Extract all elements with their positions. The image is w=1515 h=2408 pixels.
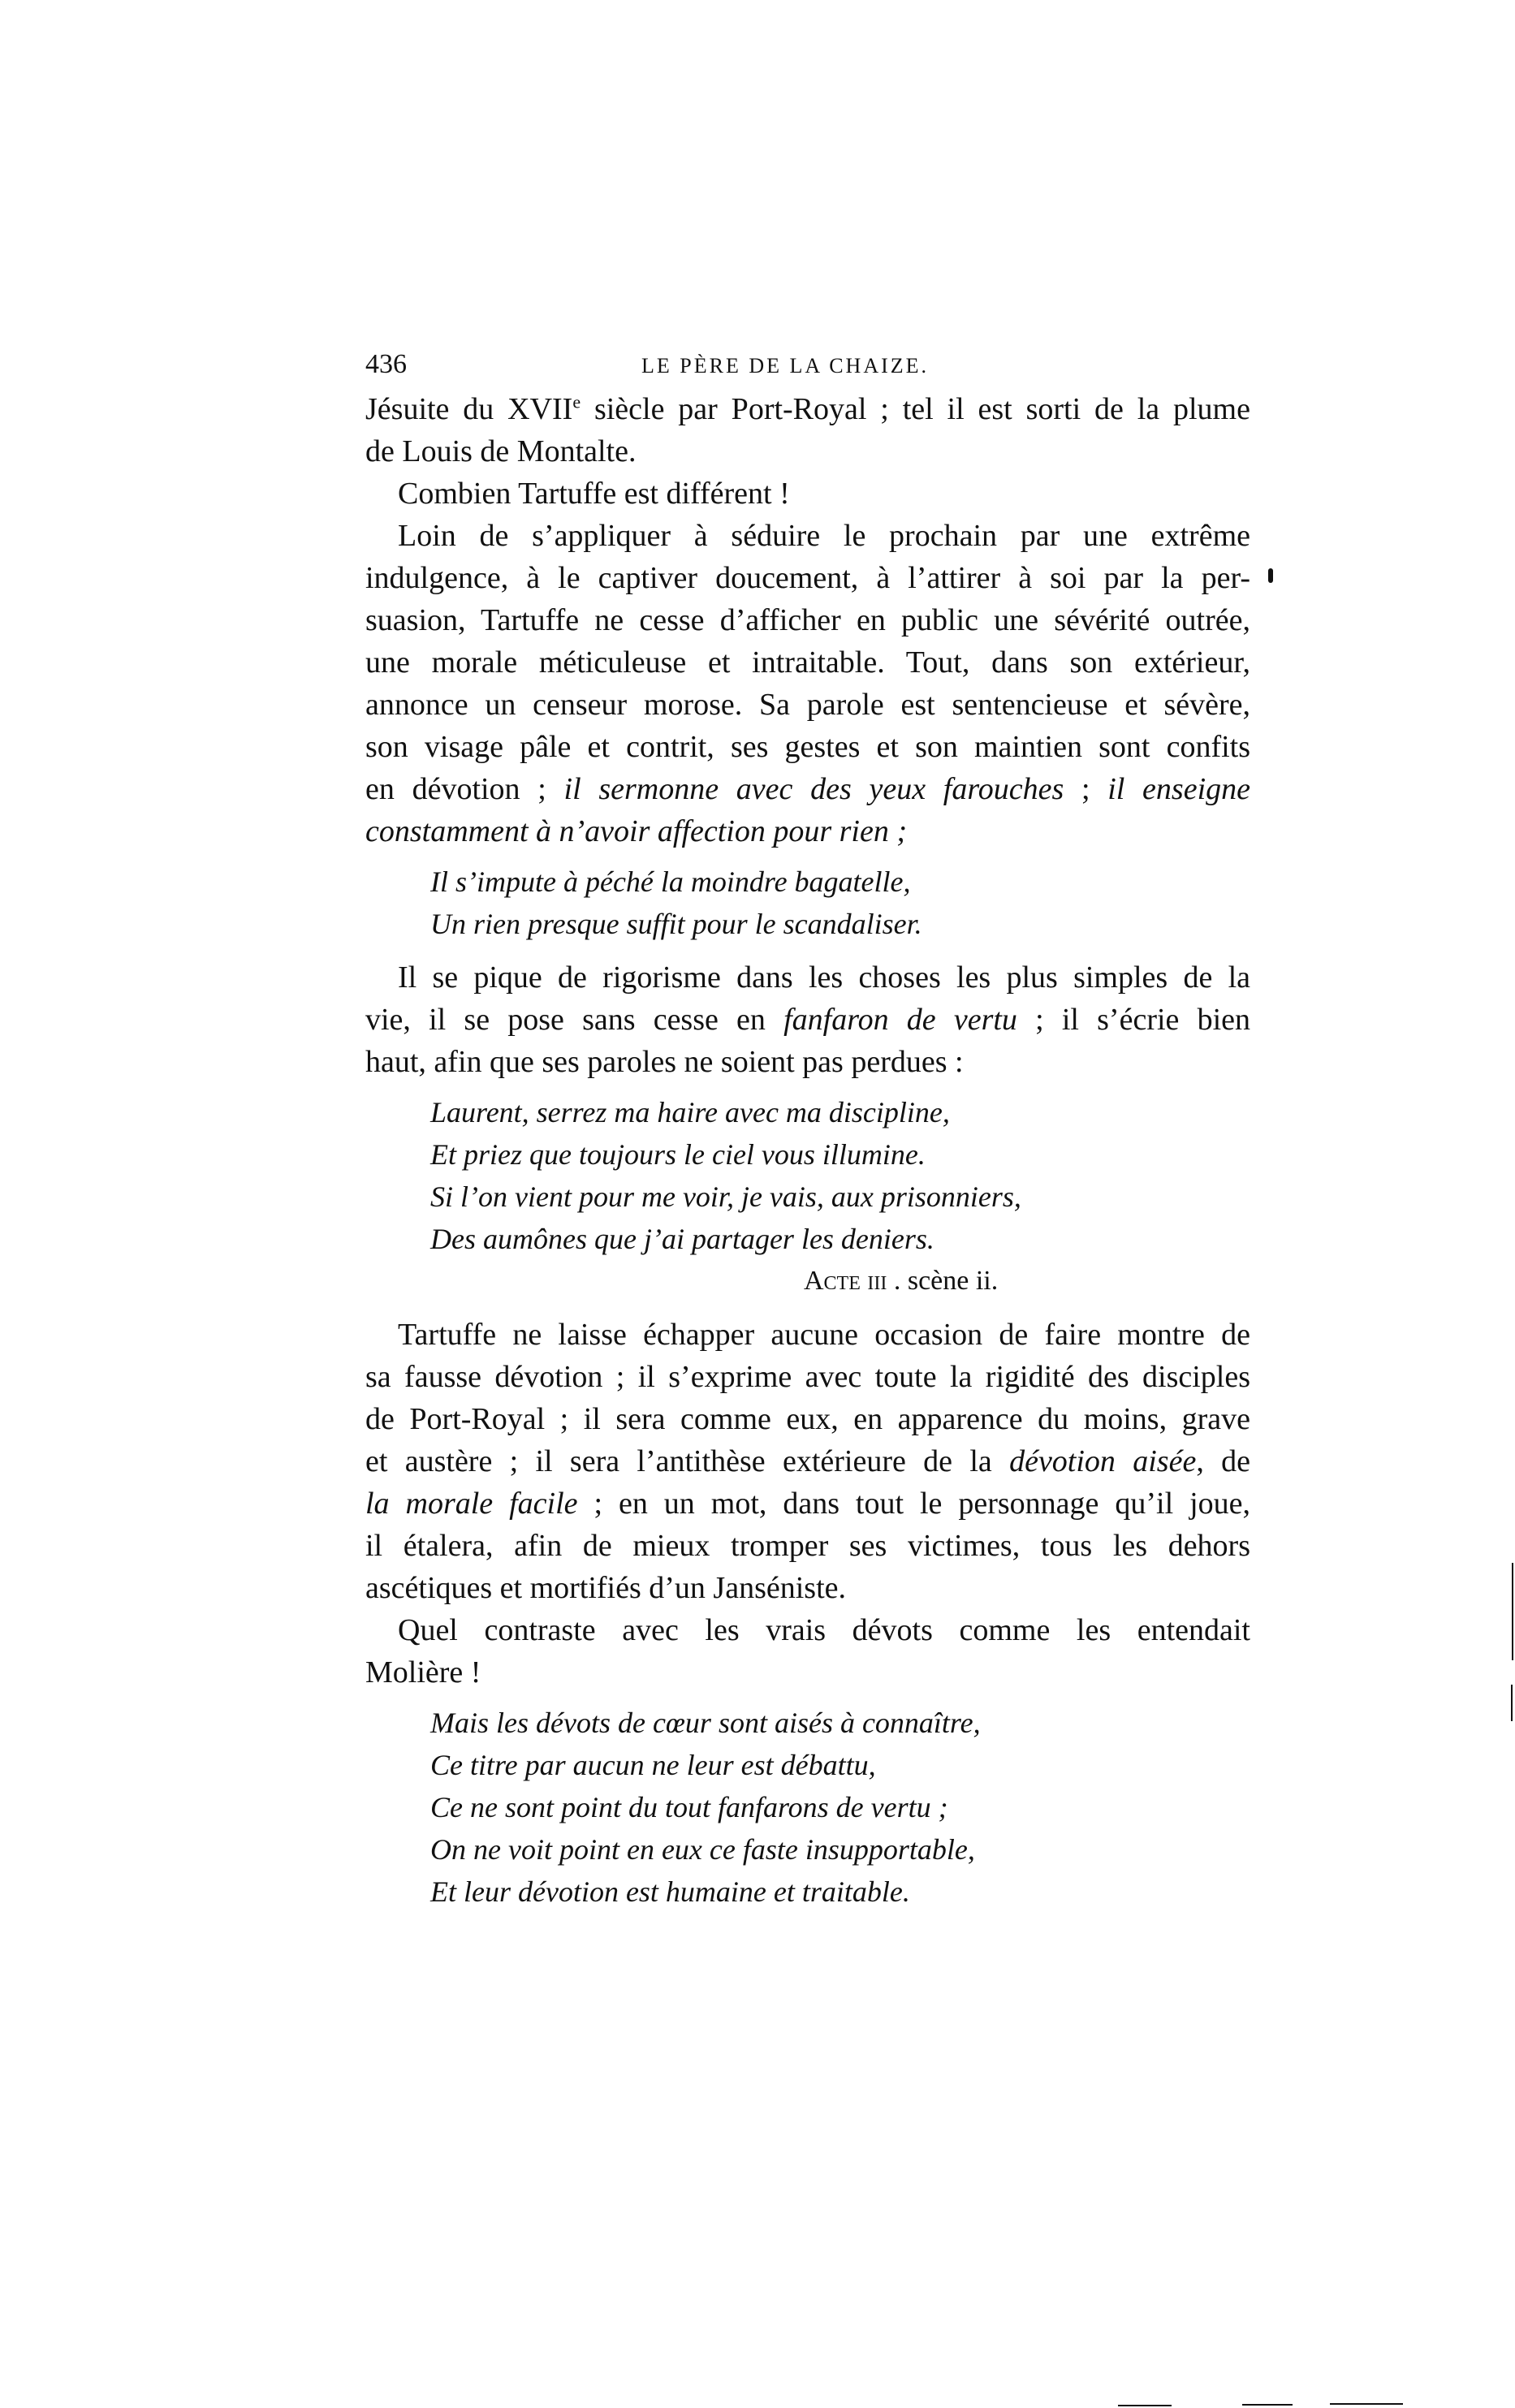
text-line: de Port-Royal ; il sera comme eux, en ap…	[365, 1398, 1250, 1440]
text-span: ; en un mot, dans tout le personnage qu’…	[578, 1487, 1250, 1521]
verse-line: On ne voit point en eux ce faste insuppo…	[365, 1828, 1250, 1871]
text-line: Jésuite du XVIIe siècle par Port-Royal ;…	[365, 388, 1250, 430]
text-line: Il se pique de rigorisme dans les choses…	[365, 956, 1250, 999]
book-page: 436 Le Père de la Chaize. Jésuite du XVI…	[0, 0, 1515, 2408]
text-line: haut, afin que ses paroles ne soient pas…	[365, 1041, 1250, 1083]
text-line: il étalera, afin de mieux tromper ses vi…	[365, 1525, 1250, 1567]
citation-act: Acte iii	[804, 1266, 887, 1296]
paragraph-6: Quel contraste avec les vrais dévots com…	[365, 1609, 1250, 1694]
verse-quote-1: Il s’impute à péché la moindre bagatelle…	[365, 861, 1250, 945]
text-line: et austère ; il sera l’antithèse extérie…	[365, 1440, 1250, 1482]
text-span: vie, il se pose sans cesse en	[365, 1003, 783, 1037]
verse-line: Ce titre par aucun ne leur est débattu,	[365, 1744, 1250, 1786]
citation-scene: . scène ii.	[894, 1266, 998, 1296]
page-header: 436 Le Père de la Chaize.	[365, 349, 1250, 390]
scan-line	[1511, 1685, 1513, 1721]
text-line: en dévotion ; il sermonne avec des yeux …	[365, 768, 1250, 810]
verse-line: Et priez que toujours le ciel vous illum…	[365, 1133, 1250, 1176]
verse-line: Si l’on vient pour me voir, je vais, aux…	[365, 1176, 1250, 1218]
text-line: la morale facile ; en un mot, dans tout …	[365, 1482, 1250, 1525]
verse-citation: Acte iii . scène ii.	[365, 1260, 1250, 1302]
italic-span: constamment à n’avoir affection pour rie…	[365, 814, 907, 848]
text-line: suasion, Tartuffe ne cesse d’afficher en…	[365, 599, 1250, 641]
text-span: et austère ; il sera l’antithèse extérie…	[365, 1444, 1009, 1478]
text-line: Molière !	[365, 1651, 1250, 1694]
paragraph-4: Il se pique de rigorisme dans les choses…	[365, 956, 1250, 1083]
text-line: indulgence, à le captiver doucement, à l…	[365, 557, 1250, 599]
text-line: une morale méticuleuse et intraitable. T…	[365, 641, 1250, 684]
text-line: son visage pâle et contrit, ses gestes e…	[365, 726, 1250, 768]
verse-line: Laurent, serrez ma haire avec ma discipl…	[365, 1091, 1250, 1133]
text-line: annonce un censeur morose. Sa parole est…	[365, 684, 1250, 726]
text-span: ;	[1064, 772, 1107, 806]
italic-span: la morale facile	[365, 1487, 578, 1521]
scan-line	[1118, 2405, 1172, 2406]
text-line: Tartuffe ne laisse échapper aucune occas…	[365, 1314, 1250, 1356]
verse-quote-2: Laurent, serrez ma haire avec ma discipl…	[365, 1091, 1250, 1302]
text-line: constamment à n’avoir affection pour rie…	[365, 810, 1250, 852]
verse-line: Mais les dévots de cœur sont aisés à con…	[365, 1702, 1250, 1744]
italic-span: il enseigne	[1107, 772, 1250, 806]
paragraph-2: Combien Tartuffe est différent !	[365, 473, 1250, 515]
verse-line: Et leur dévotion est humaine et traitabl…	[365, 1871, 1250, 1913]
scan-line	[1330, 2403, 1403, 2405]
text-line: Quel contraste avec les vrais dévots com…	[365, 1609, 1250, 1651]
scan-line	[1242, 2404, 1293, 2406]
paragraph-5: Tartuffe ne laisse échapper aucune occas…	[365, 1314, 1250, 1609]
paragraph-3: Loin de s’appliquer à séduire le prochai…	[365, 515, 1250, 852]
running-title: Le Père de la Chaize.	[641, 354, 929, 378]
text-span: ; il s’écrie bien	[1017, 1003, 1250, 1037]
italic-span: dévotion aisée	[1009, 1444, 1196, 1478]
verse-line: Des aumônes que j’ai partager les denier…	[365, 1218, 1250, 1260]
verse-line: Il s’impute à péché la moindre bagatelle…	[365, 861, 1250, 903]
scan-speck	[1268, 568, 1273, 583]
text-line: vie, il se pose sans cesse en fanfaron d…	[365, 999, 1250, 1041]
italic-span: il sermonne avec des yeux farouches	[564, 772, 1064, 806]
text-span: en dévotion ;	[365, 772, 564, 806]
text-span: siècle par Port-Royal ; tel il est sorti…	[581, 392, 1250, 426]
text-line: ascétiques et mortifiés d’un Janséniste.	[365, 1567, 1250, 1609]
text-span: , de	[1196, 1444, 1250, 1478]
paragraph-1: Jésuite du XVIIe siècle par Port-Royal ;…	[365, 388, 1250, 473]
verse-line: Un rien presque suffit pour le scandalis…	[365, 903, 1250, 945]
text-line: Combien Tartuffe est différent !	[365, 473, 1250, 515]
superscript: e	[572, 391, 581, 412]
text-line: de Louis de Montalte.	[365, 430, 1250, 473]
verse-quote-3: Mais les dévots de cœur sont aisés à con…	[365, 1702, 1250, 1913]
page-number: 436	[365, 349, 407, 380]
page-body: Jésuite du XVIIe siècle par Port-Royal ;…	[365, 388, 1250, 1924]
text-line: Loin de s’appliquer à séduire le prochai…	[365, 515, 1250, 557]
italic-span: fanfaron de vertu	[783, 1003, 1017, 1037]
text-line: sa fausse dévotion ; il s’exprime avec t…	[365, 1356, 1250, 1398]
scan-line	[1512, 1563, 1513, 1660]
text-span: Jésuite du XVII	[365, 392, 572, 426]
verse-line: Ce ne sont point du tout fanfarons de ve…	[365, 1786, 1250, 1828]
